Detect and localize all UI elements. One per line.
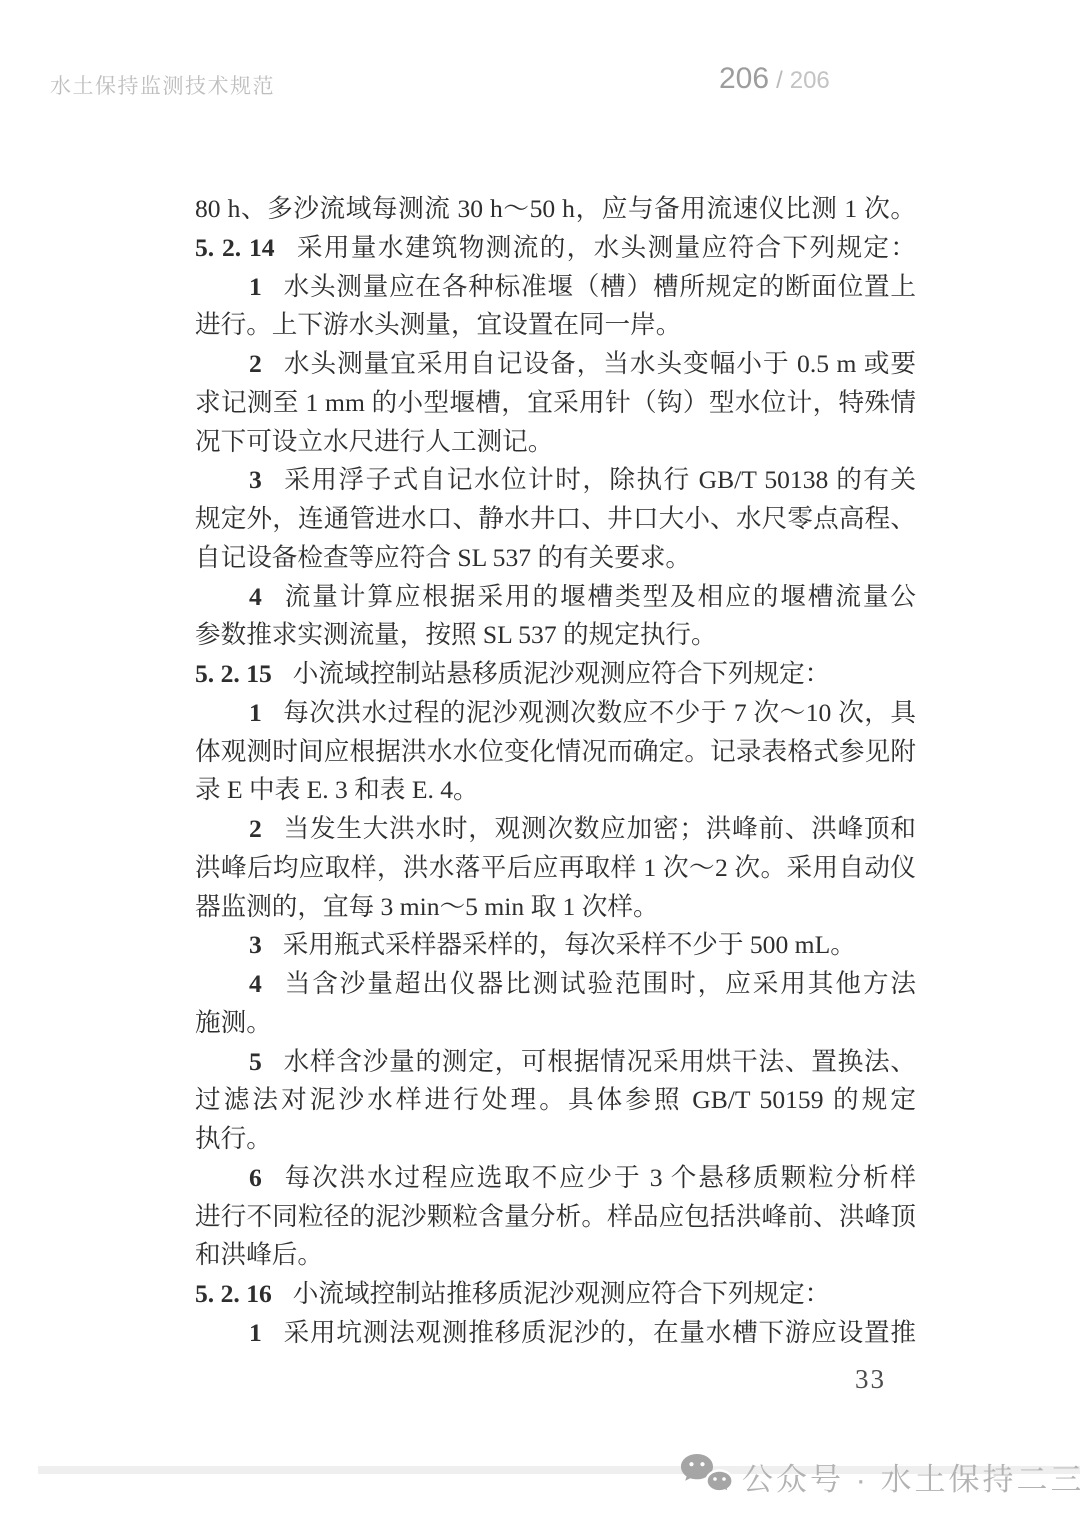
text-line: 况下可设立水尺进行人工测记。 bbox=[195, 423, 916, 462]
clause-number: 3 bbox=[249, 465, 262, 494]
text-line: 执行。 bbox=[195, 1120, 916, 1159]
clause-number: 2 bbox=[249, 349, 262, 378]
text-line: 施测。 bbox=[195, 1004, 916, 1043]
document-body: 80 h、多沙流域每测流 30 h～50 h，应与备用流速仪比测 1 次。5. … bbox=[195, 190, 916, 1353]
page-total: 206 bbox=[790, 67, 830, 95]
clause-number: 4 bbox=[249, 582, 262, 611]
clause-number: 5. 2. 15 bbox=[195, 659, 272, 688]
text-line: 2水头测量宜采用自记设备，当水头变幅小于 0.5 m 或要 bbox=[195, 345, 916, 384]
page-separator: / bbox=[776, 67, 783, 95]
clause-number: 2 bbox=[249, 814, 262, 843]
text-line: 录 E 中表 E. 3 和表 E. 4。 bbox=[195, 771, 916, 810]
text-line: 5水样含沙量的测定，可根据情况采用烘干法、置换法、 bbox=[195, 1043, 916, 1082]
clause-number: 5 bbox=[249, 1047, 262, 1076]
page-number: 33 bbox=[855, 1364, 886, 1395]
text-line: 洪峰后均应取样，洪水落平后应再取样 1 次～2 次。采用自动仪 bbox=[195, 849, 916, 888]
text-line: 求记测至 1 mm 的小型堰槽，宜采用针（钩）型水位计，特殊情 bbox=[195, 384, 916, 423]
text-line: 过滤法对泥沙水样进行处理。具体参照 GB/T 50159 的规定 bbox=[195, 1081, 916, 1120]
clause-number: 5. 2. 14 bbox=[195, 233, 275, 262]
text-line: 4流量计算应根据采用的堰槽类型及相应的堰槽流量公式、 bbox=[195, 578, 916, 617]
text-line: 5. 2. 15小流域控制站悬移质泥沙观测应符合下列规定： bbox=[195, 655, 916, 694]
text-line: 体观测时间应根据洪水水位变化情况而确定。记录表格式参见附 bbox=[195, 733, 916, 772]
text-line: 1每次洪水过程的泥沙观测次数应不少于 7 次～10 次，具 bbox=[195, 694, 916, 733]
text-line: 进行。上下游水头测量，宜设置在同一岸。 bbox=[195, 306, 916, 345]
text-line: 5. 2. 14采用量水建筑物测流的，水头测量应符合下列规定： bbox=[195, 229, 916, 268]
doc-title: 水土保持监测技术规范 bbox=[50, 70, 275, 100]
text-line: 4当含沙量超出仪器比测试验范围时，应采用其他方法 bbox=[195, 965, 916, 1004]
clause-number: 3 bbox=[249, 930, 262, 959]
clause-number: 1 bbox=[249, 1318, 262, 1347]
page-indicator: 206 / 206 bbox=[719, 62, 830, 96]
wechat-watermark: 公众号 · 水土保持二三 bbox=[680, 1453, 1080, 1499]
text-line: 和洪峰后。 bbox=[195, 1236, 916, 1275]
clause-number: 1 bbox=[249, 698, 262, 727]
text-line: 器监测的，宜每 3 min～5 min 取 1 次样。 bbox=[195, 888, 916, 927]
text-line: 6每次洪水过程应选取不应少于 3 个悬移质颗粒分析样品， bbox=[195, 1159, 916, 1198]
text-line: 3采用浮子式自记水位计时，除执行 GB/T 50138 的有关 bbox=[195, 461, 916, 500]
text-line: 3采用瓶式采样器采样的，每次采样不少于 500 mL。 bbox=[195, 926, 916, 965]
clause-number: 1 bbox=[249, 272, 262, 301]
clause-number: 6 bbox=[249, 1163, 262, 1192]
text-line: 1采用坑测法观测推移质泥沙的，在量水槽下游应设置推 bbox=[195, 1314, 916, 1353]
text-line: 参数推求实测流量，按照 SL 537 的规定执行。 bbox=[195, 616, 916, 655]
page-current: 206 bbox=[719, 62, 769, 96]
text-line: 2当发生大洪水时，观测次数应加密；洪峰前、洪峰顶和 bbox=[195, 810, 916, 849]
clause-number: 5. 2. 16 bbox=[195, 1279, 272, 1308]
text-line: 进行不同粒径的泥沙颗粒含量分析。样品应包括洪峰前、洪峰顶 bbox=[195, 1198, 916, 1237]
clause-number: 4 bbox=[249, 969, 262, 998]
watermark-label: 公众号 · 水土保持二三 bbox=[742, 1454, 1080, 1499]
text-line: 5. 2. 16小流域控制站推移质泥沙观测应符合下列规定： bbox=[195, 1275, 916, 1314]
text-line: 自记设备检查等应符合 SL 537 的有关要求。 bbox=[195, 539, 916, 578]
text-line: 80 h、多沙流域每测流 30 h～50 h，应与备用流速仪比测 1 次。 bbox=[195, 190, 916, 229]
text-line: 1水头测量应在各种标准堰（槽）槽所规定的断面位置上 bbox=[195, 268, 916, 307]
text-line: 规定外，连通管进水口、静水井口、井口大小、水尺零点高程、 bbox=[195, 500, 916, 539]
wechat-icon bbox=[680, 1453, 734, 1499]
